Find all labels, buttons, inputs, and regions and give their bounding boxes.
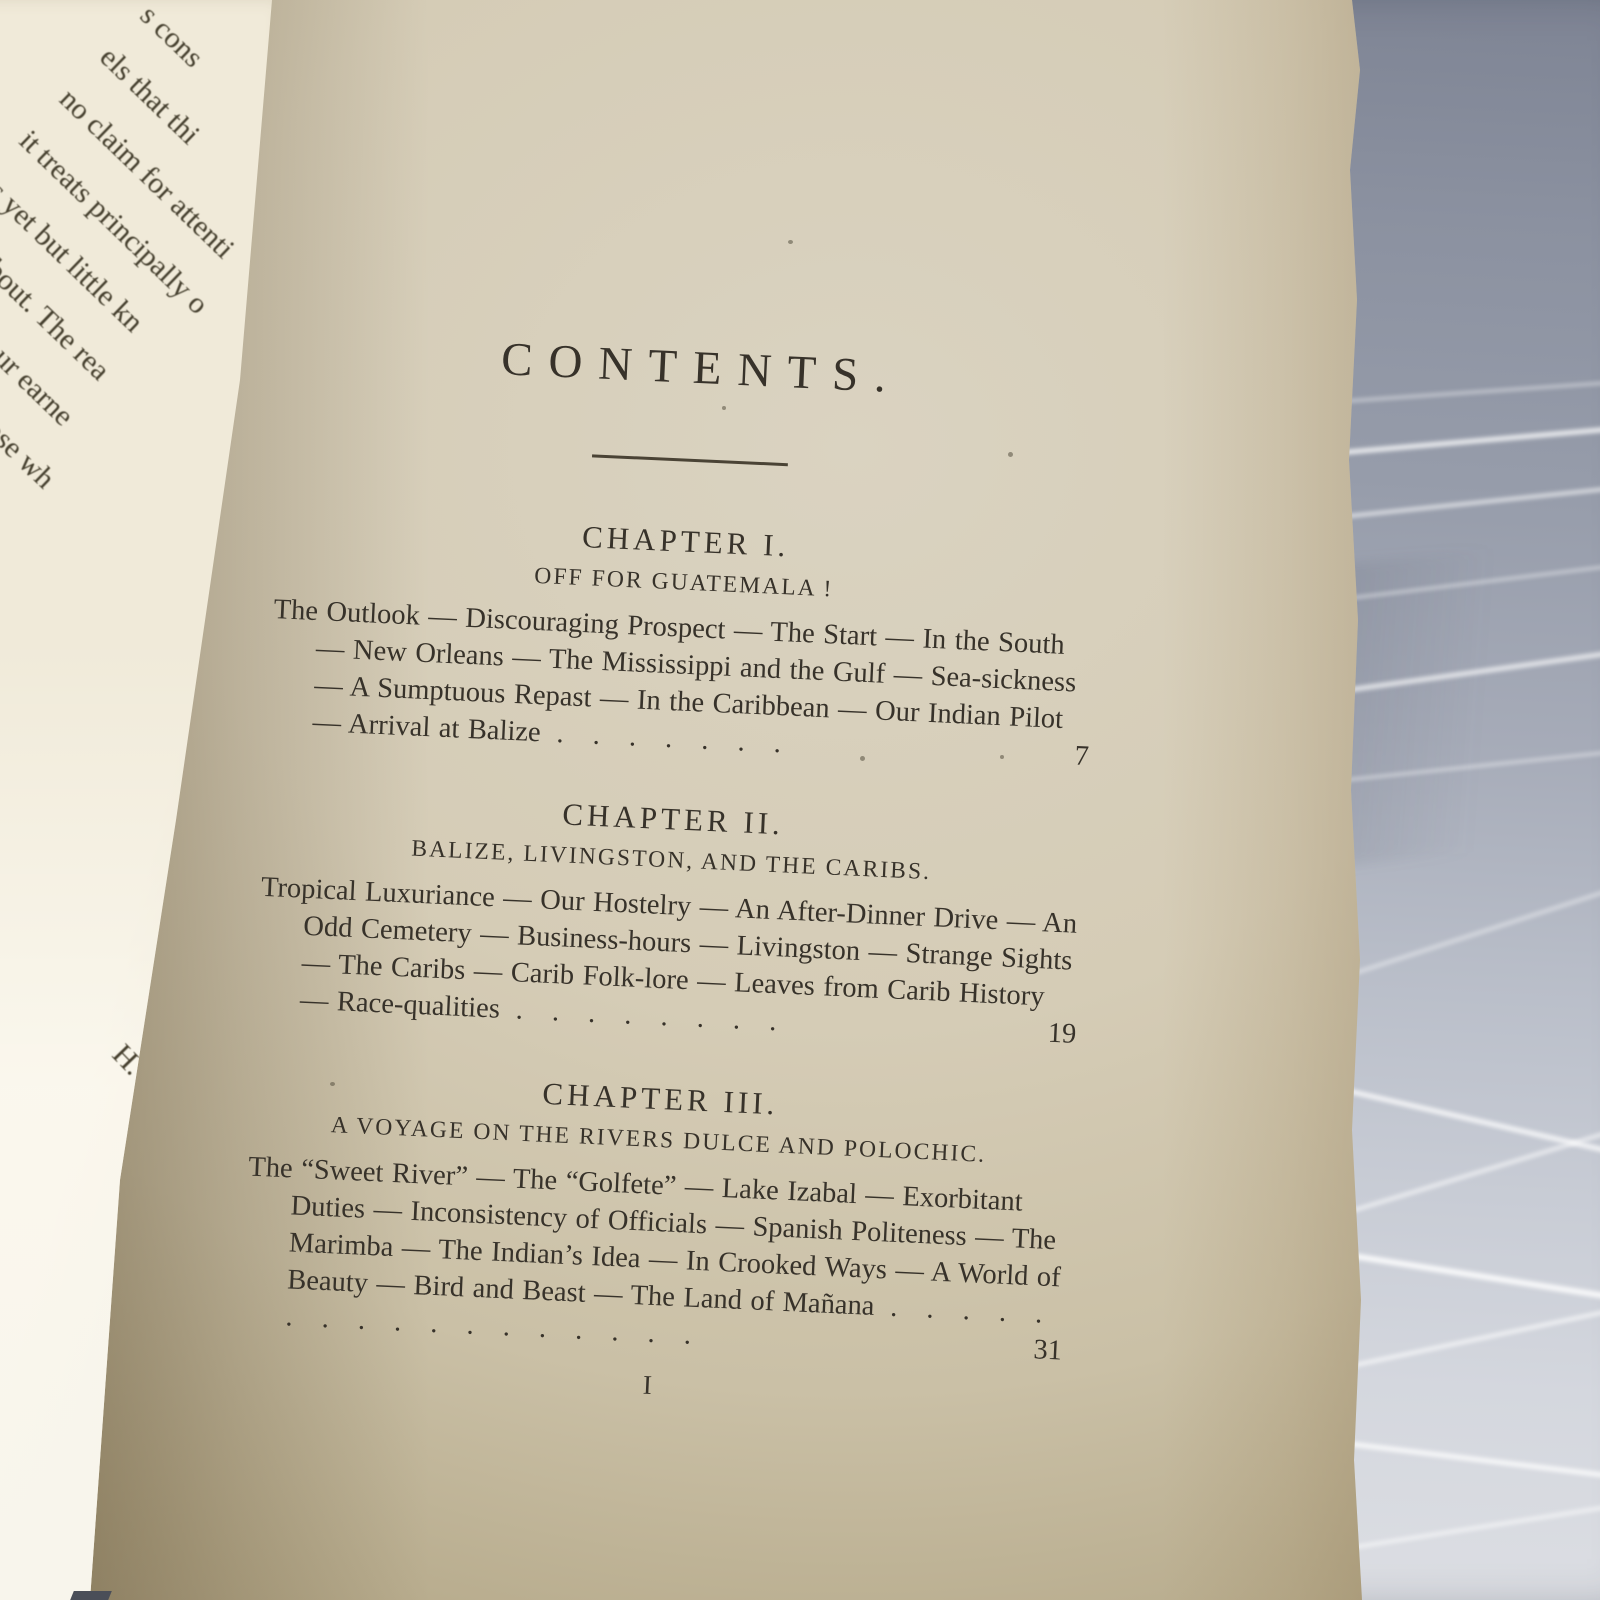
chapter-entry-1: CHAPTER I. OFF FOR GUATEMALA ! The Outlo…: [268, 505, 1095, 776]
dot-leader: . . . . . . . .: [515, 994, 777, 1037]
chapter-entry-2: CHAPTER II. BALIZE, LIVINGSTON, AND THE …: [255, 783, 1082, 1054]
book-photo-scene: CONTENTS. CHAPTER I. OFF FOR GUATEMALA !…: [0, 0, 1600, 1600]
chapter-summary: The “Sweet River” — The “Golfete” — Lake…: [241, 1148, 1066, 1370]
contents-text-block: CONTENTS. CHAPTER I. OFF FOR GUATEMALA !…: [209, 295, 1122, 1420]
chapter-summary: Tropical Luxuriance — Our Hostelry — An …: [255, 869, 1078, 1054]
chapter-summary: The Outlook — Discouraging Prospect — Th…: [268, 591, 1091, 776]
dot-leader: . . . . . . .: [556, 718, 782, 759]
chapter-page-number: 31: [1033, 1331, 1063, 1369]
page-fore-edge-shading: [1162, 0, 1372, 1600]
contents-heading: CONTENTS.: [284, 322, 1103, 413]
chapter-page-number: 7: [1074, 738, 1090, 776]
heading-divider-rule: [591, 454, 787, 466]
table-edge-sliver: [70, 1591, 112, 1600]
chapter-entry-3: CHAPTER III. A VOYAGE ON THE RIVERS DULC…: [241, 1063, 1069, 1371]
paper-speck: [788, 240, 793, 244]
chapter-page-number: 19: [1047, 1015, 1077, 1053]
